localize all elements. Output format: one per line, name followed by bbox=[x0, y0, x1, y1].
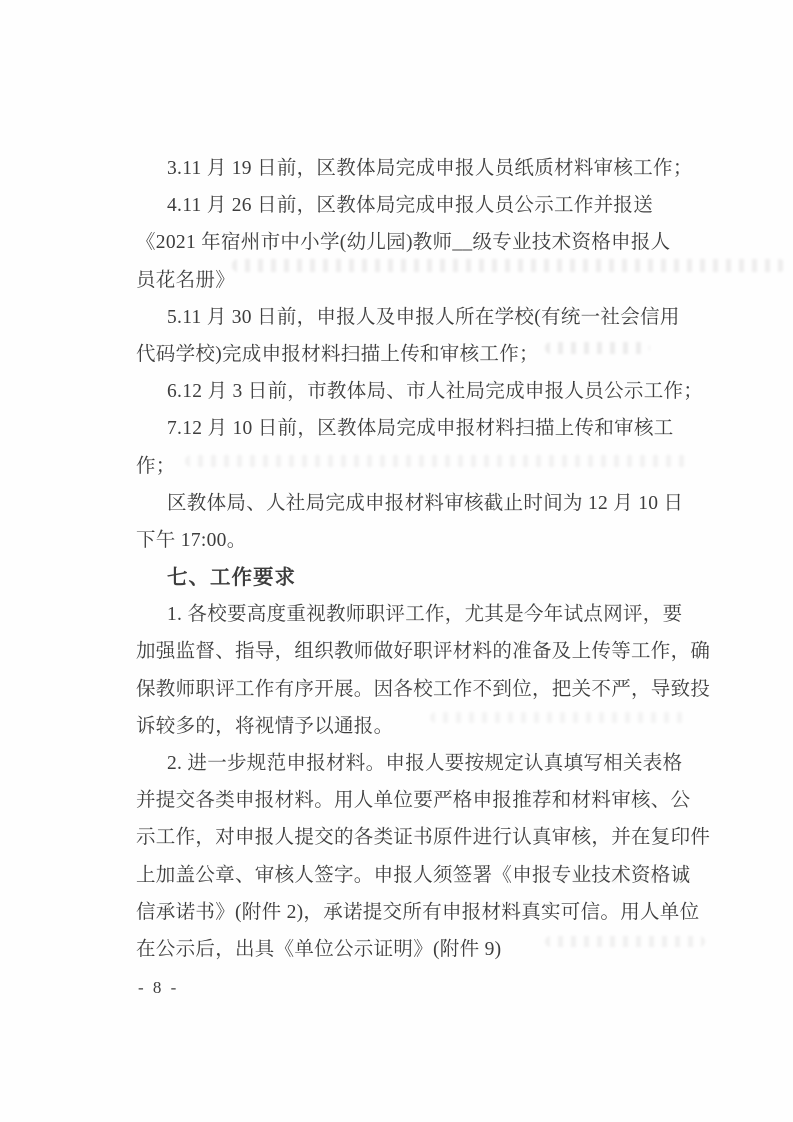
schedule-item-4-line-3: 员花名册》 bbox=[136, 262, 711, 299]
requirement-2-line-2: 并提交各类申报材料。用人单位要严格申报推荐和材料审核、公 bbox=[136, 782, 711, 819]
document-body: 3.11 月 19 日前，区教体局完成申报人员纸质材料审核工作； 4.11 月 … bbox=[136, 150, 711, 968]
schedule-item-4-line-1: 4.11 月 26 日前，区教体局完成申报人员公示工作并报送 bbox=[136, 187, 711, 224]
deadline-paragraph-line-2: 下午 17:00。 bbox=[136, 522, 711, 559]
requirement-1-line-3: 保教师职评工作有序开展。因各校工作不到位，把关不严，导致投 bbox=[136, 671, 711, 708]
requirement-2-line-3: 示工作，对申报人提交的各类证书原件进行认真审核，并在复印件 bbox=[136, 819, 711, 856]
schedule-item-7-line-2: 作； bbox=[136, 448, 711, 485]
requirement-1-line-4: 诉较多的，将视情予以通报。 bbox=[136, 708, 711, 745]
requirement-2-line-1: 2. 进一步规范申报材料。申报人要按规定认真填写相关表格 bbox=[136, 745, 711, 782]
schedule-item-4-line-2: 《2021 年宿州市中小学(幼儿园)教师__级专业技术资格申报人 bbox=[136, 224, 711, 261]
requirement-2-line-4: 上加盖公章、审核人签字。申报人须签署《申报专业技术资格诚 bbox=[136, 857, 711, 894]
requirement-2-line-6: 在公示后，出具《单位公示证明》(附件 9) bbox=[136, 931, 711, 968]
schedule-item-3-line: 3.11 月 19 日前，区教体局完成申报人员纸质材料审核工作； bbox=[136, 150, 711, 187]
schedule-item-7-line-1: 7.12 月 10 日前，区教体局完成申报材料扫描上传和审核工 bbox=[136, 410, 711, 447]
requirement-1-line-1: 1. 各校要高度重视教师职评工作，尤其是今年试点网评，要 bbox=[136, 596, 711, 633]
schedule-item-6-line: 6.12 月 3 日前，市教体局、市人社局完成申报人员公示工作； bbox=[136, 373, 711, 410]
page-number: - 8 - bbox=[138, 977, 179, 999]
requirement-1-line-2: 加强监督、指导，组织教师做好职评材料的准备及上传等工作，确 bbox=[136, 633, 711, 670]
scanned-document-page: 3.11 月 19 日前，区教体局完成申报人员纸质材料审核工作； 4.11 月 … bbox=[0, 0, 793, 1122]
deadline-paragraph-line-1: 区教体局、人社局完成申报材料审核截止时间为 12 月 10 日 bbox=[136, 485, 711, 522]
section-heading-work-requirements: 七、工作要求 bbox=[136, 559, 711, 596]
requirement-2-line-5: 信承诺书》(附件 2)，承诺提交所有申报材料真实可信。用人单位 bbox=[136, 894, 711, 931]
schedule-item-5-line-2: 代码学校)完成申报材料扫描上传和审核工作； bbox=[136, 336, 711, 373]
schedule-item-5-line-1: 5.11 月 30 日前，申报人及申报人所在学校(有统一社会信用 bbox=[136, 299, 711, 336]
